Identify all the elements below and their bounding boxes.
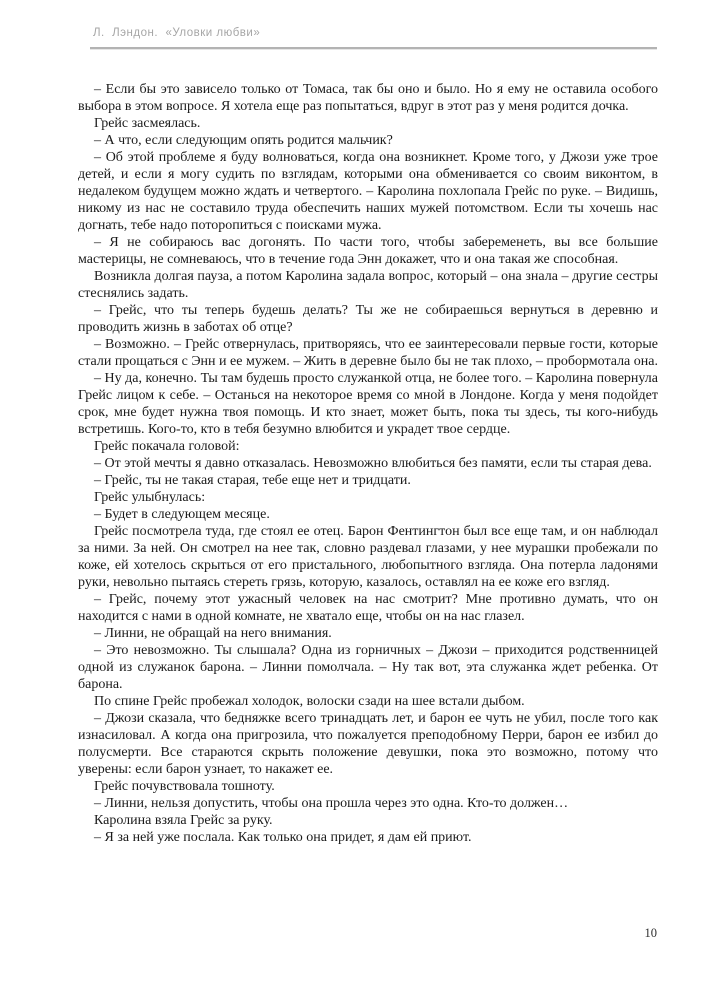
- paragraph: – Если бы это зависело только от Томаса,…: [78, 81, 658, 115]
- paragraph: – А что, если следующим опять родится ма…: [78, 132, 658, 149]
- paragraph: – Джози сказала, что бедняжке всего трин…: [78, 710, 658, 778]
- paragraph: – Линни, не обращай на него внимания.: [78, 625, 658, 642]
- paragraph: Грейс почувствовала тошноту.: [78, 778, 658, 795]
- page-number: 10: [645, 926, 658, 941]
- paragraph: – Я не собираюсь вас догонять. По части …: [78, 234, 658, 268]
- paragraph: – От этой мечты я давно отказалась. Нево…: [78, 455, 658, 472]
- paragraph: – Ну да, конечно. Ты там будешь просто с…: [78, 370, 658, 438]
- book-page: Л. Лэндон. «Уловки любви» – Если бы это …: [0, 0, 707, 1000]
- paragraph: – Грейс, что ты теперь будешь делать? Ты…: [78, 302, 658, 336]
- paragraph: – Об этой проблеме я буду волноваться, к…: [78, 149, 658, 234]
- paragraph: – Это невозможно. Ты слышала? Одна из го…: [78, 642, 658, 693]
- paragraph: По спине Грейс пробежал холодок, волоски…: [78, 693, 658, 710]
- paragraph: – Будет в следующем месяце.: [78, 506, 658, 523]
- paragraph: Грейс засмеялась.: [78, 115, 658, 132]
- paragraph: Грейс улыбнулась:: [78, 489, 658, 506]
- paragraph: Каролина взяла Грейс за руку.: [78, 812, 658, 829]
- paragraph: – Грейс, ты не такая старая, тебе еще не…: [78, 472, 658, 489]
- paragraph: Возникла долгая пауза, а потом Каролина …: [78, 268, 658, 302]
- paragraph: Грейс посмотрела туда, где стоял ее отец…: [78, 523, 658, 591]
- page-text: – Если бы это зависело только от Томаса,…: [78, 81, 658, 846]
- paragraph: Грейс покачала головой:: [78, 438, 658, 455]
- paragraph: – Я за ней уже послала. Как только она п…: [78, 829, 658, 846]
- paragraph: – Грейс, почему этот ужасный человек на …: [78, 591, 658, 625]
- running-title: Л. Лэндон. «Уловки любви»: [93, 27, 260, 39]
- header-rule: [90, 47, 657, 50]
- paragraph: – Возможно. – Грейс отвернулась, притвор…: [78, 336, 658, 370]
- paragraph: – Линни, нельзя допустить, чтобы она про…: [78, 795, 658, 812]
